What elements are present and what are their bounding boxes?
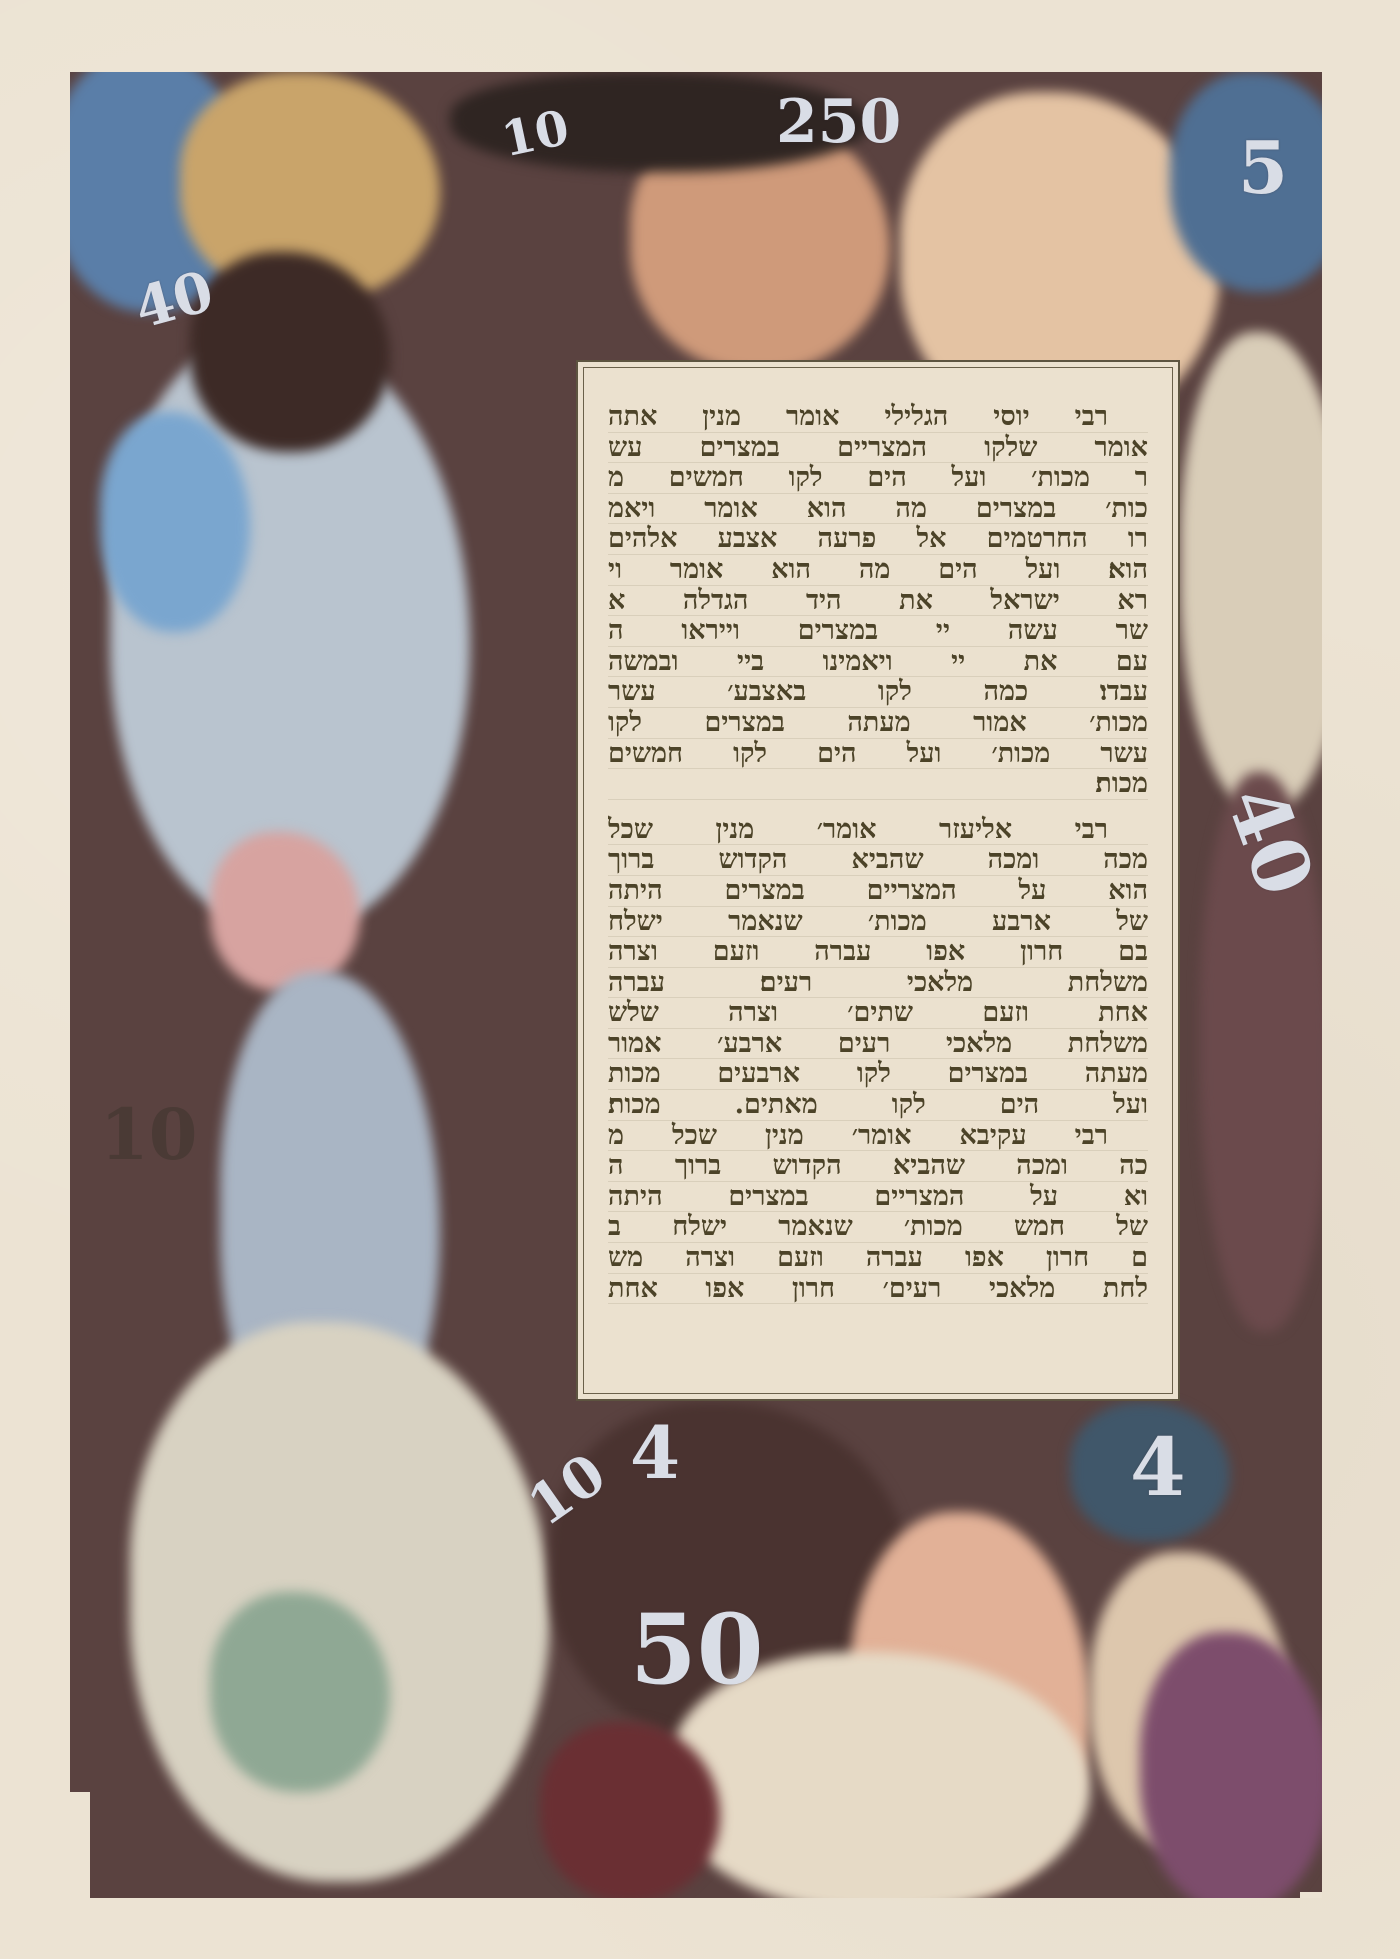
text-line: של ארבע מכות׳ שנאמר ישלח [608,907,1148,938]
text-line: עם את יי ויאמינו ביי ובמשה [608,647,1148,678]
text-line: כה ומכה שהביא הקדוש ברוך ה [608,1151,1148,1182]
paragraph-rabbi-akiva: רבי עקיבא אומר׳ מנין שכל מ כה ומכה שהביא… [608,1121,1148,1305]
text-line: של חמש מכות׳ שנאמר ישלח ב [608,1212,1148,1243]
numeral-10-top: 10 [498,104,573,165]
text-line: עבדו׃ כמה לקו באצבע׳ עשר [608,677,1148,708]
numeral-4-bottom: 4 [630,1417,680,1489]
text-line: לחת מלאכי רעים׳ חרון אפו אחת [608,1274,1148,1305]
text-line: וא על המצריים במצרים היתה [608,1182,1148,1213]
text-panel: רבי יוסי הגלילי אומר מנין אתה אומר שלקו … [576,360,1180,1401]
paint-cream-hands-bottomleft [130,1322,550,1882]
numeral-250-top: 250 [776,92,901,152]
text-line: משלחת מלאכי רעים ארבע׳ אמור [608,1029,1148,1060]
text-line: רבי אליעזר אומר׳ מנין שכל [608,815,1148,846]
text-line: מכות׳ אמור מעתה במצרים לקו [608,708,1148,739]
paint-purple-bottomright [1140,1632,1322,1898]
numeral-10-left: 10 [100,1100,197,1170]
text-line: ר מכות׳ ועל הים לקו חמשים מ [608,463,1148,494]
text-line: עשר מכות׳ ועל הים לקו חמשים [608,739,1148,770]
text-line: ם חרון אפו עברה וזעם וצרה מש [608,1243,1148,1274]
numeral-4-bottom-right: 4 [1130,1427,1186,1507]
paragraph-rabbi-yosei: רבי יוסי הגלילי אומר מנין אתה אומר שלקו … [608,402,1148,800]
paragraph-rabbi-eliezer: רבי אליעזר אומר׳ מנין שכל מכה ומכה שהביא… [608,815,1148,1121]
text-line: רבי יוסי הגלילי אומר מנין אתה [608,402,1148,433]
paint-cream-right [1180,332,1322,812]
text-line: משלחת מלאכי רעים׃ עברה [608,968,1148,999]
text-line: שר עשה יי במצרים וייראו ה [608,616,1148,647]
text-line: הוא׃ ועל הים מה הוא אומר וי [608,555,1148,586]
numeral-50-bottom: 50 [630,1602,764,1698]
text-line: מכות׃ [608,769,1148,800]
text-line: רא ישראל את היד הגדלה א [608,586,1148,617]
text-line: רבי עקיבא אומר׳ מנין שכל מ [608,1121,1148,1152]
text-line: אומר שלקו המצריים במצרים עש [608,433,1148,464]
text-line: מעתה במצרים לקו ארבעים מכות [608,1059,1148,1090]
text-line: ועל הים לקו מאתים. מכות׃ [608,1090,1148,1121]
text-line: מכה ומכה שהביא הקדוש ברוך [608,845,1148,876]
paper-gap-left-bottom [70,1792,90,1898]
text-line: בם חרון אפו עברה וזעם וצרה [608,937,1148,968]
text-line: הוא על המצריים במצרים היתה [608,876,1148,907]
text-line: כות׳ במצרים מה הוא אומר ויאמ [608,494,1148,525]
hebrew-text-block: רבי יוסי הגלילי אומר מנין אתה אומר שלקו … [608,402,1148,1304]
text-line: רו החרטמים אל פרעה אצבע אלהים [608,524,1148,555]
paragraph-gap [608,800,1148,815]
numeral-5-top-right: 5 [1238,132,1288,204]
text-line: אחת וזעם שתים׳ וצרה שלש [608,998,1148,1029]
paper-gap-right-bottom [1300,1892,1322,1898]
